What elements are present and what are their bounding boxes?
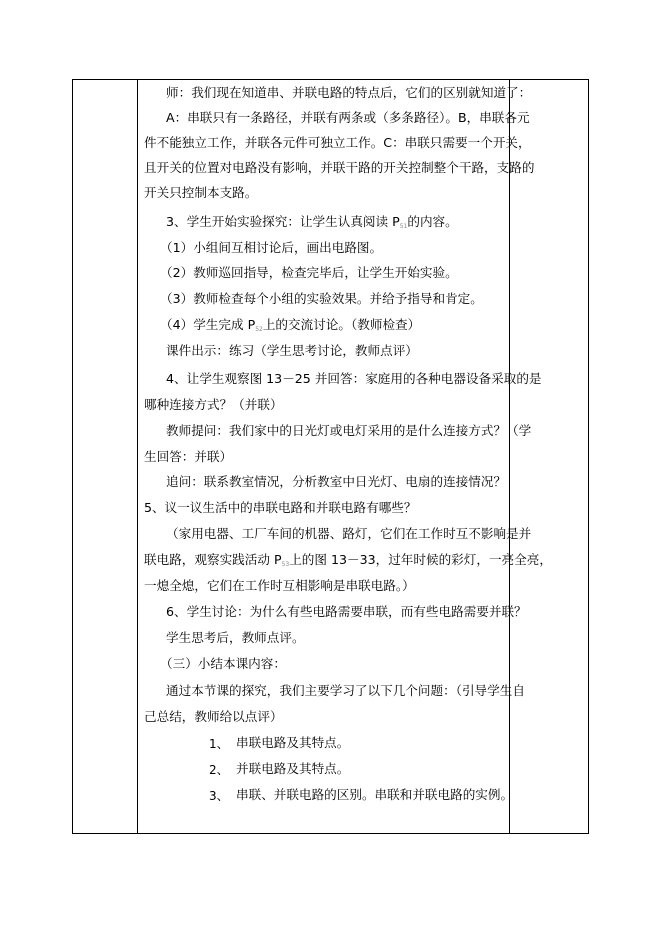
list-text: 并联电路及其特点。 bbox=[236, 761, 349, 777]
paragraph: 追问：联系教室情况，分析教室中日光灯、电扇的连接情况？ bbox=[166, 474, 506, 490]
list-text: 串联、并联电路的区别。串联和并联电路的实例。 bbox=[236, 787, 513, 803]
paragraph: 6、学生讨论：为什么有些电路需要串联，而有些电路需要并联？ bbox=[166, 604, 527, 620]
table-cell-right bbox=[510, 80, 588, 833]
paragraph: 且开关的位置对电路没有影响，并联干路的开关控制整个干路，支路的 bbox=[144, 160, 534, 176]
paragraph-text: 联电路，观察实践活动 P bbox=[144, 552, 282, 567]
paragraph: （3）教师检查每个小组的实验效果。并给予指导和肯定。 bbox=[160, 291, 483, 307]
paragraph: 3、学生开始实验探究：让学生认真阅读 P51的内容。 bbox=[166, 214, 458, 235]
paragraph: 哪种连接方式？（并联） bbox=[144, 397, 283, 413]
list-number: 3、 bbox=[209, 788, 229, 804]
list-number: 1、 bbox=[209, 736, 229, 752]
paragraph: 生回答：并联） bbox=[144, 449, 232, 465]
paragraph-text: 上的交流讨论。（教师检查） bbox=[263, 317, 420, 332]
paragraph: 课件出示：练习（学生思考讨论，教师点评） bbox=[166, 343, 418, 359]
table-cell-main: 师：我们现在知道串、并联电路的特点后，它们的区别就知道了： A：串联只有一条路径… bbox=[138, 80, 509, 833]
paragraph: A：串联只有一条路径，并联有两条或（多条路径）。B，串联各元 bbox=[166, 110, 530, 126]
paragraph: 联电路，观察实践活动 P53上的图 13－33，过年时候的彩灯，一亮全亮， bbox=[144, 552, 552, 573]
paragraph-text: （4）学生完成 P bbox=[160, 317, 255, 332]
section-heading: （三）小结本课内容： bbox=[160, 656, 286, 672]
paragraph: 件不能独立工作，并联各元件可独立工作。C：串联只需要一个开关， bbox=[144, 135, 531, 151]
lesson-plan-table: 师：我们现在知道串、并联电路的特点后，它们的区别就知道了： A：串联只有一条路径… bbox=[72, 79, 589, 834]
paragraph: 己总结，教师给以点评） bbox=[144, 709, 283, 725]
paragraph: （1）小组间互相讨论后，画出电路图。 bbox=[160, 240, 382, 256]
list-text: 串联电路及其特点。 bbox=[236, 735, 349, 751]
list-number: 2、 bbox=[209, 762, 229, 778]
paragraph: 学生思考后，教师点评。 bbox=[166, 630, 305, 646]
paragraph: 一熄全熄，它们在工作时互相影响是串联电路。） bbox=[144, 578, 415, 594]
paragraph: 教师提问：我们家中的日光灯或电灯采用的是什么连接方式？（学 bbox=[166, 423, 531, 439]
paragraph-text: 的内容。 bbox=[407, 214, 457, 229]
table-cell-left bbox=[73, 80, 137, 833]
paragraph: （家用电器、工厂车间的机器、路灯，它们在工作时互不影响是并 bbox=[166, 526, 531, 542]
paragraph: 开关只控制本支路。 bbox=[144, 185, 257, 201]
paragraph: 5、议一议生活中的串联电路和并联电路有哪些？ bbox=[144, 500, 416, 516]
paragraph: 师：我们现在知道串、并联电路的特点后，它们的区别就知道了： bbox=[166, 85, 531, 101]
paragraph-text: 3、学生开始实验探究：让学生认真阅读 P bbox=[166, 214, 400, 229]
paragraph: 通过本节课的探究，我们主要学习了以下几个问题：（引导学生自 bbox=[166, 683, 525, 699]
paragraph: （4）学生完成 P52上的交流讨论。（教师检查） bbox=[160, 317, 420, 338]
paragraph: （2）教师巡回指导，检查完毕后，让学生开始实验。 bbox=[160, 265, 458, 281]
paragraph: 4、让学生观察图 13－25 并回答：家庭用的各种电器设备采取的是 bbox=[166, 371, 542, 387]
page-subscript: 52 bbox=[255, 326, 263, 333]
